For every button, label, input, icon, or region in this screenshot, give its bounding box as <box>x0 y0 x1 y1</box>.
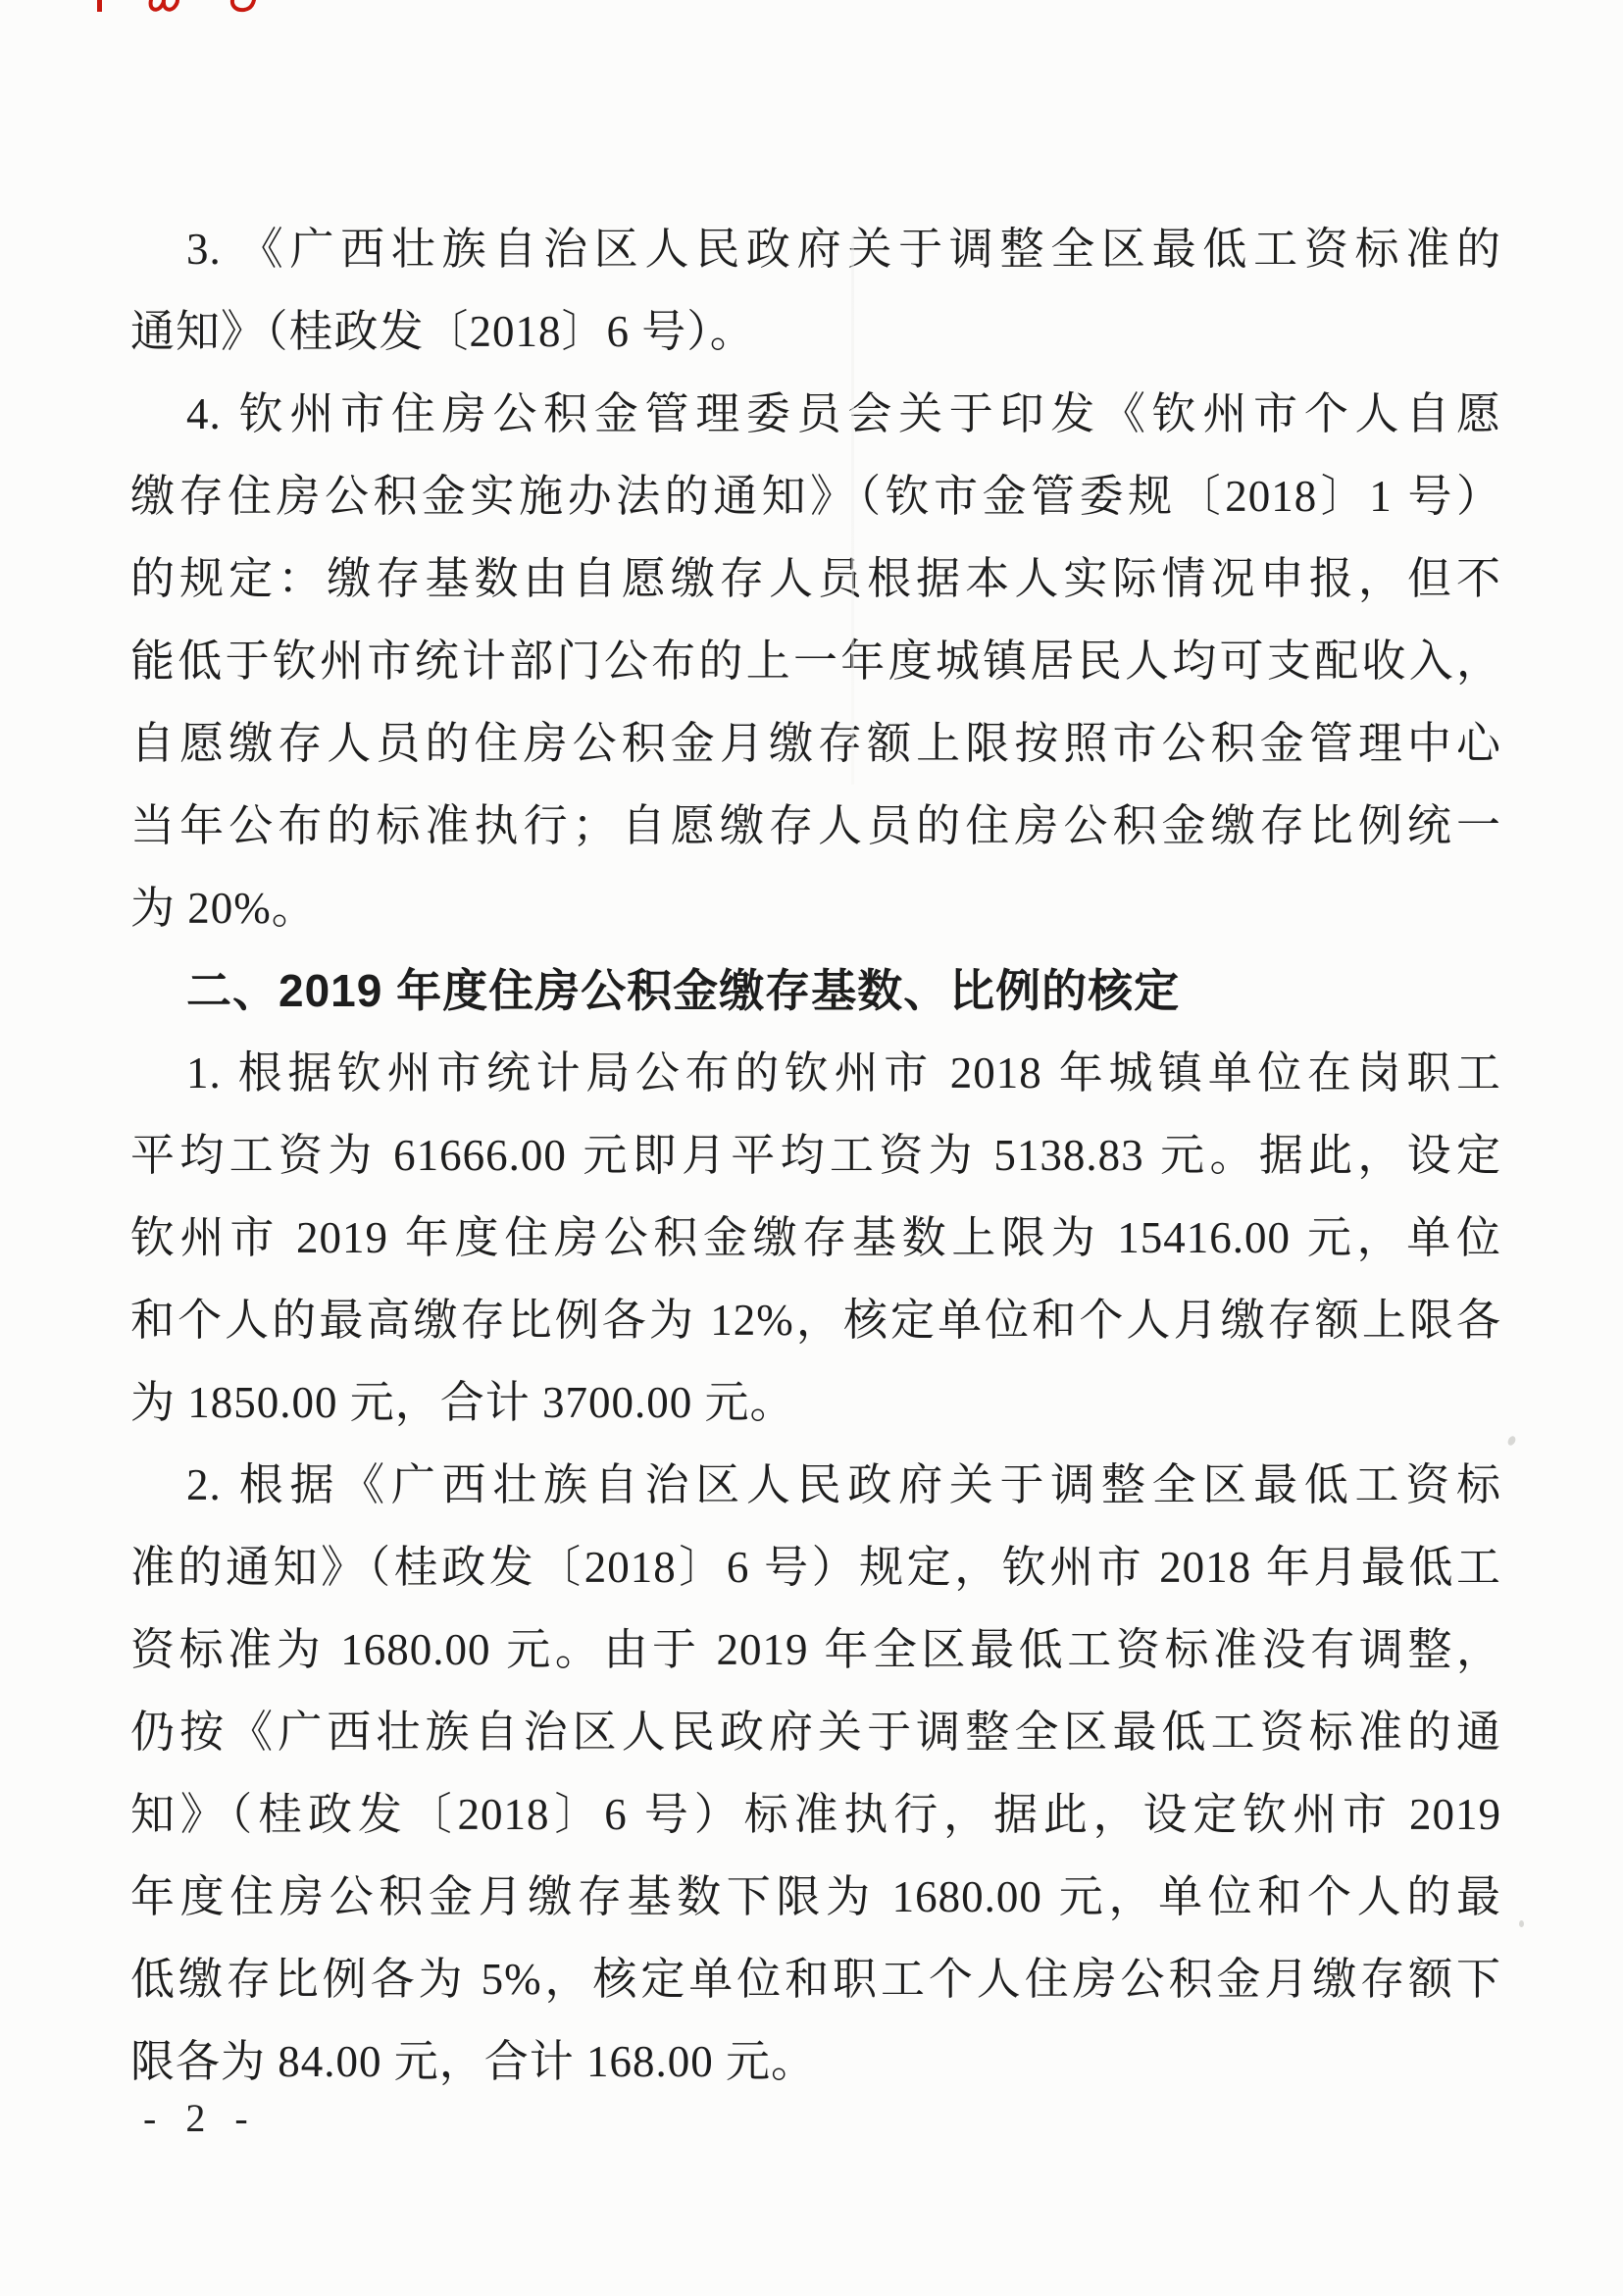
text-line: 缴存住房公积金实施办法的通知》（钦市金管委规〔2018〕1 号） <box>130 455 1501 537</box>
text-line: 3. 《广西壮族自治区人民政府关于调整全区最低工资标准的 <box>130 208 1501 290</box>
text-line: 低缴存比例各为 5%，核定单位和职工个人住房公积金月缴存额下 <box>130 1938 1501 2020</box>
stamp-fragment-hook-icon <box>229 0 259 13</box>
scanned-document-page: 3. 《广西壮族自治区人民政府关于调整全区最低工资标准的通知》（桂政发〔2018… <box>0 0 1623 2296</box>
paragraph: 4. 钦州市住房公积金管理委员会关于印发《钦州市个人自愿缴存住房公积金实施办法的… <box>130 373 1501 949</box>
text-line: 和个人的最高缴存比例各为 12%，核定单位和个人月缴存额上限各 <box>130 1279 1501 1361</box>
text-line: 钦州市 2019 年度住房公积金缴存基数上限为 15416.00 元，单位 <box>130 1197 1501 1279</box>
text-line: 通知》（桂政发〔2018〕6 号）。 <box>130 290 1501 373</box>
document-body: 3. 《广西壮族自治区人民政府关于调整全区最低工资标准的通知》（桂政发〔2018… <box>130 208 1501 2103</box>
scan-artifact <box>1506 1435 1517 1447</box>
text-line: 为 20%。 <box>130 867 1501 949</box>
text-line: 资标准为 1680.00 元。由于 2019 年全区最低工资标准没有调整， <box>130 1608 1501 1691</box>
text-line: 能低于钦州市统计部门公布的上一年度城镇居民人均可支配收入， <box>130 620 1501 702</box>
text-line: 的规定：缴存基数由自愿缴存人员根据本人实际情况申报，但不 <box>130 537 1501 620</box>
text-line: 准的通知》（桂政发〔2018〕6 号）规定，钦州市 2018 年月最低工 <box>130 1526 1501 1608</box>
text-line: 4. 钦州市住房公积金管理委员会关于印发《钦州市个人自愿 <box>130 373 1501 455</box>
text-line: 二、2019 年度住房公积金缴存基数、比例的核定 <box>130 949 1501 1032</box>
stamp-fragment-loops-icon <box>147 0 198 13</box>
paragraph: 1. 根据钦州市统计局公布的钦州市 2018 年城镇单位在岗职工平均工资为 61… <box>130 1032 1501 1444</box>
text-line: 自愿缴存人员的住房公积金月缴存额上限按照市公积金管理中心 <box>130 702 1501 785</box>
text-line: 仍按《广西壮族自治区人民政府关于调整全区最低工资标准的通 <box>130 1691 1501 1773</box>
scan-artifact <box>851 235 854 785</box>
section-heading: 二、2019 年度住房公积金缴存基数、比例的核定 <box>130 949 1501 1032</box>
paragraph: 2. 根据《广西壮族自治区人民政府关于调整全区最低工资标准的通知》（桂政发〔20… <box>130 1444 1501 2103</box>
text-line: 当年公布的标准执行；自愿缴存人员的住房公积金缴存比例统一 <box>130 785 1501 867</box>
text-line: 2. 根据《广西壮族自治区人民政府关于调整全区最低工资标 <box>130 1444 1501 1526</box>
red-stamp-fragments-icon <box>90 0 259 14</box>
text-line: 1. 根据钦州市统计局公布的钦州市 2018 年城镇单位在岗职工 <box>130 1032 1501 1114</box>
page-number: - 2 - <box>143 2095 258 2141</box>
text-line: 为 1850.00 元，合计 3700.00 元。 <box>130 1361 1501 1444</box>
scan-artifact <box>1519 1920 1524 1927</box>
text-line: 限各为 84.00 元，合计 168.00 元。 <box>130 2020 1501 2103</box>
text-line: 平均工资为 61666.00 元即月平均工资为 5138.83 元。据此，设定 <box>130 1114 1501 1197</box>
text-line: 年度住房公积金月缴存基数下限为 1680.00 元，单位和个人的最 <box>130 1856 1501 1938</box>
text-line: 知》（桂政发〔2018〕6 号）标准执行，据此，设定钦州市 2019 <box>130 1773 1501 1856</box>
paragraph: 3. 《广西壮族自治区人民政府关于调整全区最低工资标准的通知》（桂政发〔2018… <box>130 208 1501 373</box>
stamp-fragment-stroke-icon <box>90 0 108 13</box>
